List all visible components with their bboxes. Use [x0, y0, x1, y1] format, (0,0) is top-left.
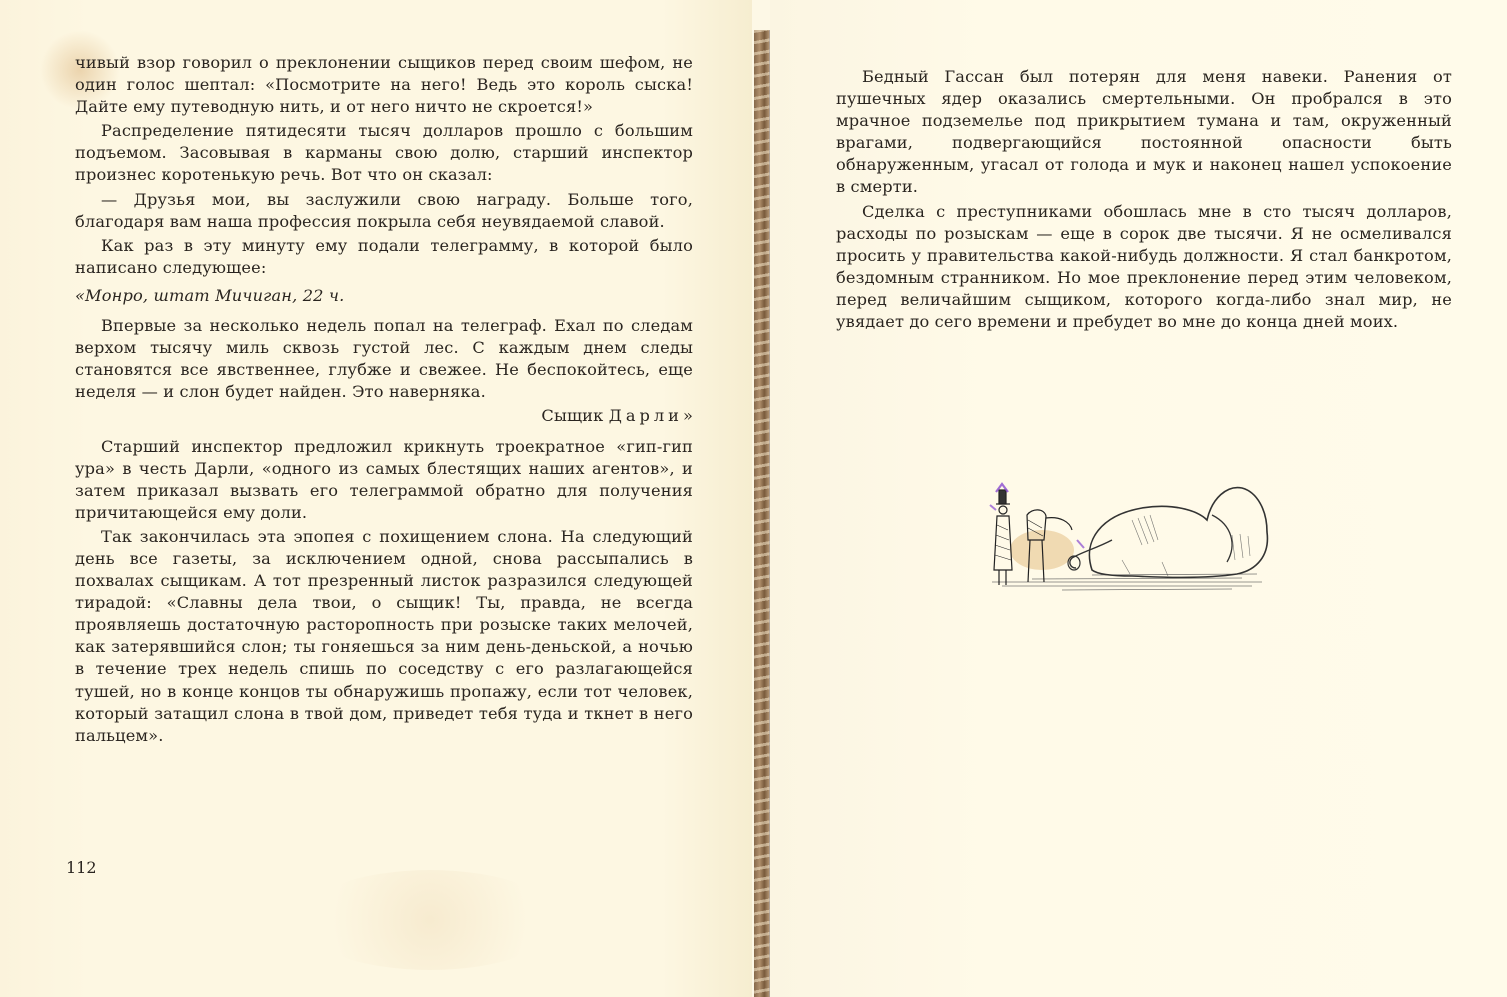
paragraph: Бедный Гассан был потерян для меня навек… — [836, 66, 1452, 199]
left-page: чивый взор говорил о преклонении сыщиков… — [0, 0, 752, 997]
telegram-body: Впервые за несколько недель попал на тел… — [75, 315, 693, 403]
paragraph: Старший инспектор предложил крикнуть тро… — [75, 436, 693, 524]
elephant-illustration-icon — [972, 470, 1272, 595]
page-number: 112 — [66, 858, 97, 877]
book-spine — [754, 30, 770, 997]
left-page-text: чивый взор говорил о преклонении сыщиков… — [75, 52, 693, 749]
paper-stain — [300, 870, 560, 970]
right-page-text: Бедный Гассан был потерян для меня навек… — [836, 66, 1452, 335]
signature-suffix: » — [683, 406, 693, 425]
paragraph: Сделка с преступниками обошлась мне в ст… — [836, 201, 1452, 334]
right-page: Бедный Гассан был потерян для меня навек… — [770, 0, 1507, 997]
paragraph: Как раз в эту минуту ему подали телеграм… — [75, 235, 693, 279]
signature-name: Дарли — [609, 406, 683, 425]
signature-prefix: Сыщик — [541, 406, 608, 425]
paragraph: чивый взор говорил о преклонении сыщиков… — [75, 52, 693, 118]
paragraph: Так закончилась эта эпопея с похищением … — [75, 526, 693, 747]
telegram-signature: Сыщик Дарли» — [75, 405, 693, 427]
paragraph: — Друзья мои, вы заслужили свою награду.… — [75, 189, 693, 233]
telegram-header: «Монро, штат Мичиган, 22 ч. — [75, 285, 693, 307]
paragraph: Распределение пятидесяти тысяч долларов … — [75, 120, 693, 186]
book-spread: чивый взор говорил о преклонении сыщиков… — [0, 0, 1507, 997]
